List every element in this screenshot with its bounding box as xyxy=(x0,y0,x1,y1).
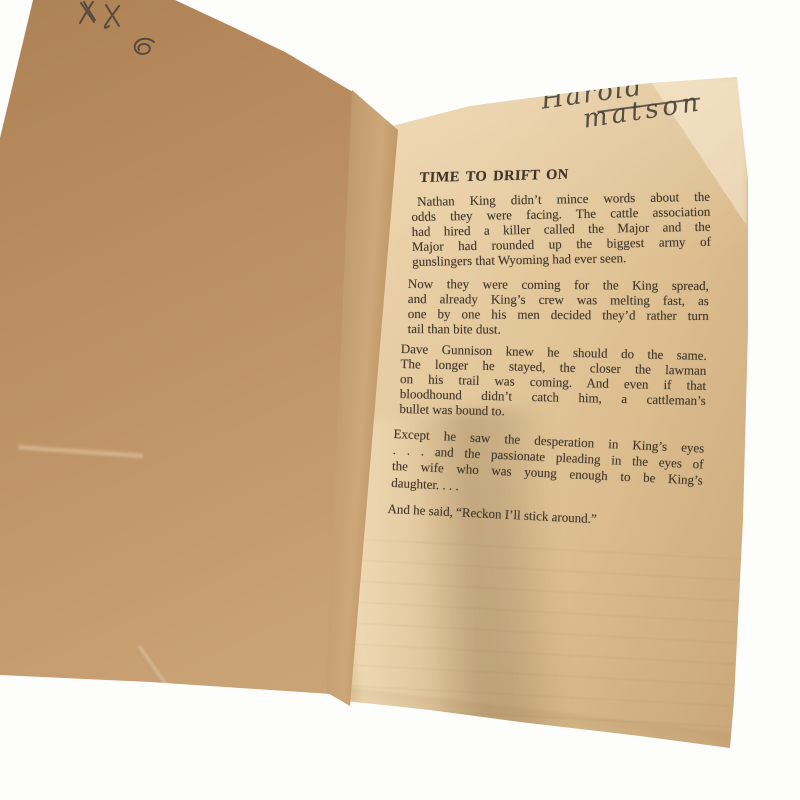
text-line: And he said, “Reckon I’ll stick around.” xyxy=(387,501,597,526)
pencil-s-mark xyxy=(135,39,154,54)
book-photo: Harold matson TIME TO DRIFT ON Nathan Ki… xyxy=(0,0,800,800)
paragraph-2: Now they were coming for the King spread… xyxy=(408,276,709,338)
pencil-x-mark-2 xyxy=(105,6,119,28)
paragraph-5: And he said, “Reckon I’ll stick around.” xyxy=(387,501,597,526)
teaser-heading: TIME TO DRIFT ON xyxy=(419,167,569,187)
left-page xyxy=(0,0,365,705)
ghost-text-lines xyxy=(338,538,742,793)
pencil-marks xyxy=(66,0,166,62)
page-edge-rim xyxy=(331,686,756,800)
page-crease xyxy=(135,645,174,698)
text-line: tail than bite dust. xyxy=(408,321,709,338)
page-crease xyxy=(18,444,143,461)
paragraph-3: Dave Gunnison knew he should do the same… xyxy=(399,341,707,423)
paragraph-4: Except he saw the desperation in King’s … xyxy=(391,426,705,505)
paragraph-1: Nathan King didn’t mince words about the… xyxy=(411,189,711,269)
